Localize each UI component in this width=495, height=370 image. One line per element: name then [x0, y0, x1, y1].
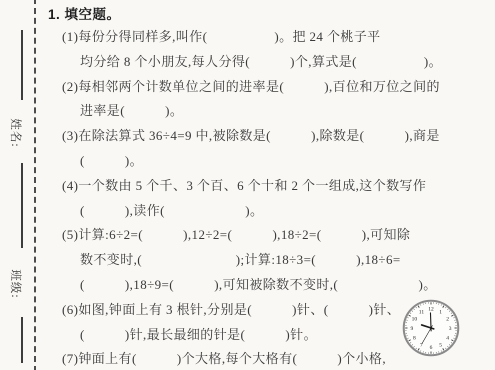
clock-number: 2 [446, 316, 449, 322]
clock-number: 6 [430, 345, 433, 351]
clock-illustration: 121234567891011 [402, 299, 460, 357]
worksheet-page: 姓名: 班级: 1. 填空题。 (1)每份分得同样多,叫作( )。把 24 个桃… [0, 0, 495, 370]
question-4-line-1: (4)一个数由 5 个千、3 个百、6 个十和 2 个一组成,这个数写作 [48, 174, 490, 199]
clock-number: 7 [420, 342, 423, 348]
question-1-line-2: 均分给 8 个小朋友,每人分得( )个,算式是( )。 [48, 50, 490, 75]
question-3-line-1: (3)在除法算式 36÷4=9 中,被除数是( ),除数是( ),商是 [48, 124, 490, 149]
clock-number: 3 [449, 326, 452, 332]
question-4-line-2: ( ),读作( )。 [48, 199, 490, 224]
class-writing-line [21, 163, 23, 248]
extra-writing-line [21, 317, 23, 363]
question-5-line-3: ( ),18÷9=( ),可知被除数不变时,( )。 [48, 273, 490, 298]
question-3-line-2: ( )。 [48, 149, 490, 174]
question-5-line-1: (5)计算:6÷2=( ),12÷2=( ),18÷2=( ),可知除 [48, 223, 490, 248]
dashed-margin-rule [34, 0, 36, 370]
clock-number: 4 [446, 335, 449, 341]
question-2-line-2: 进率是( )。 [48, 99, 490, 124]
section-title: 1. 填空题。 [48, 4, 490, 25]
clock-number: 5 [439, 342, 442, 348]
question-2-line-1: (2)每相邻两个计数单位之间的进率是( ),百位和万位之间的 [48, 75, 490, 100]
name-label: 姓名: [7, 103, 23, 163]
name-writing-line [21, 30, 23, 100]
clock-number: 10 [412, 316, 418, 322]
clock-number: 8 [413, 335, 416, 341]
clock-number: 12 [428, 307, 434, 313]
class-label: 班级: [7, 254, 23, 314]
clock-number: 9 [410, 326, 413, 332]
clock-number: 11 [419, 309, 425, 315]
clock-number: 1 [439, 309, 442, 315]
clock-center-cap [430, 327, 432, 329]
question-1-line-1: (1)每份分得同样多,叫作( )。把 24 个桃子平 [48, 25, 490, 50]
question-5-line-2: 数不变时,( );计算:18÷3=( ),18÷6= [48, 248, 490, 273]
clock-face: 121234567891011 [402, 299, 460, 357]
